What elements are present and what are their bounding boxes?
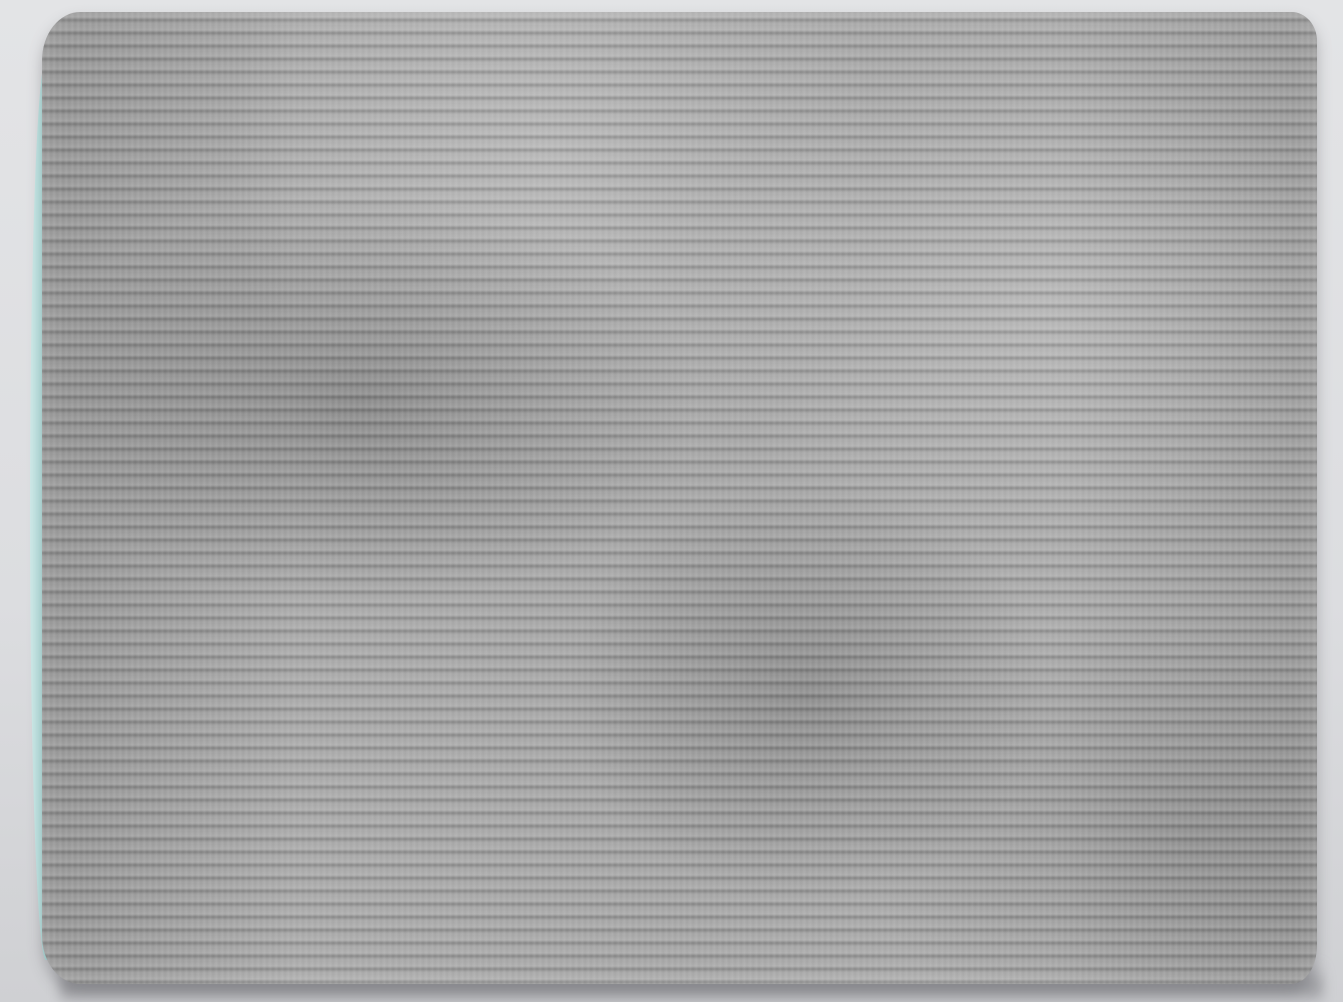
- carpet-roll: [42, 12, 1317, 984]
- photo-scene: Close-up product photo of a roll of heat…: [0, 0, 1343, 1002]
